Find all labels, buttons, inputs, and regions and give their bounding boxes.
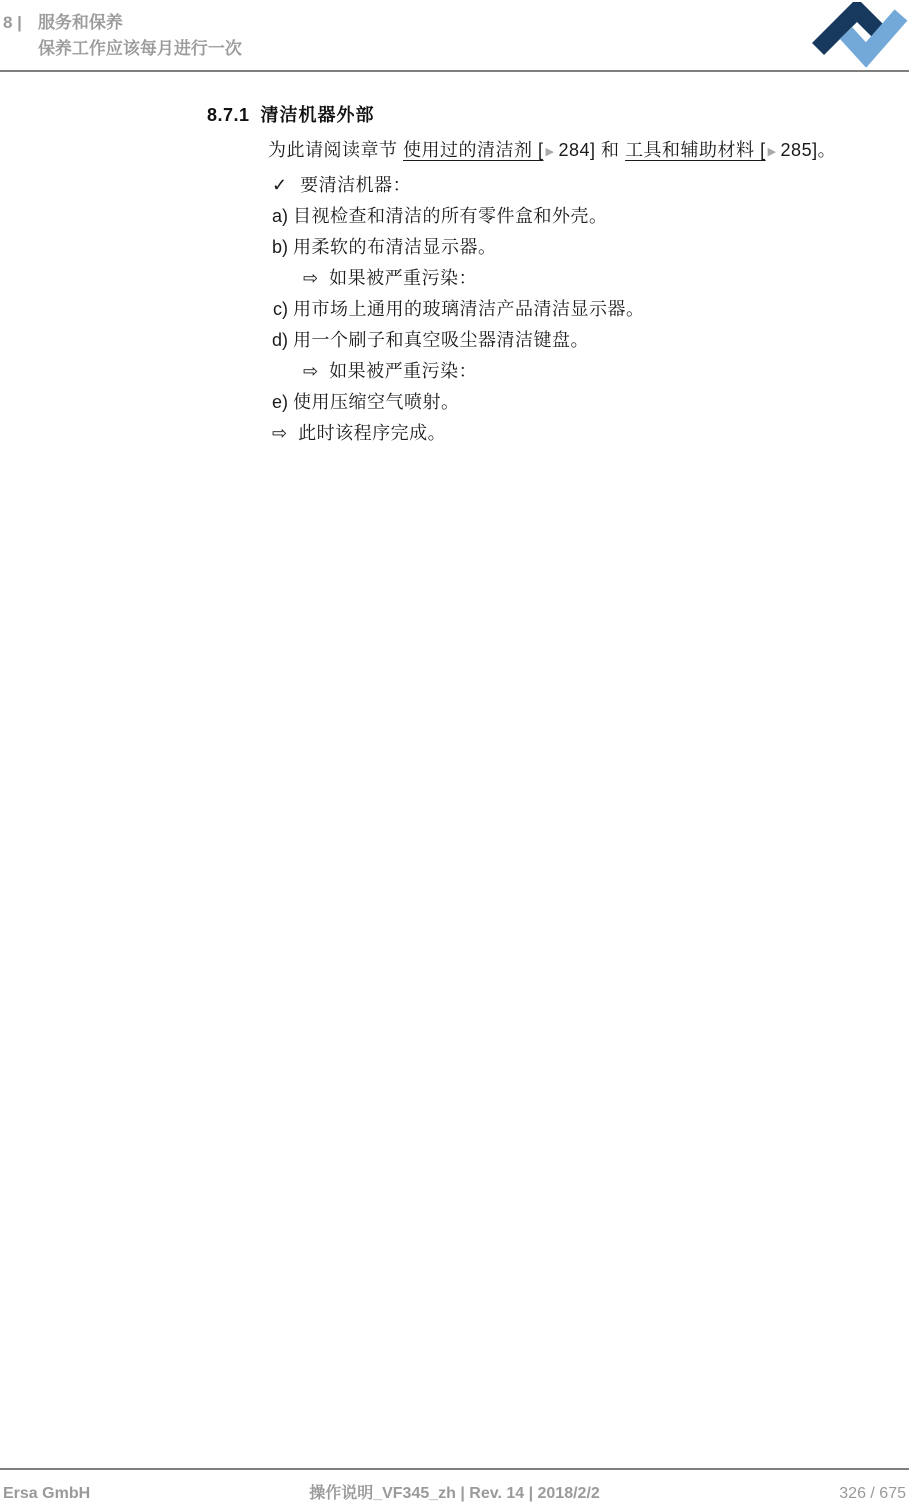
footer-document-info: 操作说明_VF345_zh | Rev. 14 | 2018/2/2 [0, 1482, 909, 1506]
sub-result-line: ⇨ 如果被严重污染： [303, 360, 477, 382]
footer-page-number: 326 / 675 [839, 1482, 906, 1506]
precondition-text: 要清洁机器： [300, 175, 411, 195]
step-text: 用市场上通用的玻璃清洁产品清洁显示器。 [293, 298, 645, 320]
document-page: 8 | 服务和保养 保养工作应该每月进行一次 8.7.1 清洁机器外部 为此请阅… [0, 0, 909, 1509]
intro-paragraph: 为此请阅读章节 使用过的清洁剂 [▶284] 和 工具和辅助材料 [▶285]。 [268, 139, 836, 164]
header-divider [0, 70, 909, 72]
section-title: 清洁机器外部 [261, 104, 375, 126]
xref-link-cleaning-agents[interactable]: 使用过的清洁剂 [ [403, 140, 544, 160]
step-text: 用柔软的布清洁显示器。 [293, 236, 497, 258]
intro-suffix: 。 [818, 140, 837, 160]
list-item: b) 用柔软的布清洁显示器。 [256, 236, 497, 258]
section-heading: 8.7.1 清洁机器外部 [207, 104, 375, 126]
result-arrow-icon: ⇨ [303, 360, 318, 382]
final-result-text: 此时该程序完成。 [298, 422, 446, 444]
list-item: a) 目视检查和清洁的所有零件盒和外壳。 [256, 205, 608, 227]
sub-result-text: 如果被严重污染： [329, 360, 477, 382]
result-arrow-icon: ⇨ [272, 422, 287, 444]
list-item: e) 使用压缩空气喷射。 [256, 391, 460, 413]
step-text: 使用压缩空气喷射。 [293, 391, 460, 413]
sub-result-line: ⇨ 如果被严重污染： [303, 267, 477, 289]
intro-middle: 和 [596, 140, 626, 160]
chapter-number: 8 | [3, 10, 22, 36]
page-ref-arrow-icon: ▶ [546, 141, 555, 163]
step-text: 用一个刷子和真空吸尘器清洁键盘。 [293, 329, 589, 351]
final-result-line: ⇨ 此时该程序完成。 [272, 422, 446, 444]
xref-link-tools-materials[interactable]: 工具和辅助材料 [ [625, 140, 766, 160]
header-title: 服务和保养 [38, 10, 242, 36]
footer-divider [0, 1468, 909, 1470]
page-footer: Ersa GmbH 操作说明_VF345_zh | Rev. 14 | 2018… [0, 1482, 909, 1506]
section-number: 8.7.1 [207, 104, 250, 126]
intro-prefix: 为此请阅读章节 [268, 140, 403, 160]
xref-page-285[interactable]: 285] [781, 140, 818, 160]
xref-page-284[interactable]: 284] [559, 140, 596, 160]
step-label: c) [256, 298, 288, 320]
result-arrow-icon: ⇨ [303, 267, 318, 289]
sub-result-text: 如果被严重污染： [329, 267, 477, 289]
list-item: c) 用市场上通用的玻璃清洁产品清洁显示器。 [256, 298, 645, 320]
step-label: a) [256, 205, 288, 227]
step-label: d) [256, 329, 288, 351]
list-item: d) 用一个刷子和真空吸尘器清洁键盘。 [256, 329, 589, 351]
step-label: e) [256, 391, 288, 413]
header-subtitle: 保养工作应该每月进行一次 [38, 36, 242, 62]
ersa-logo-icon [812, 2, 909, 68]
checkmark-icon: ✓ [272, 175, 287, 195]
step-label: b) [256, 236, 288, 258]
step-text: 目视检查和清洁的所有零件盒和外壳。 [293, 205, 608, 227]
page-ref-arrow-icon: ▶ [768, 141, 777, 163]
precondition-line: ✓要清洁机器： [272, 174, 411, 196]
page-header: 8 | 服务和保养 保养工作应该每月进行一次 [3, 10, 242, 62]
